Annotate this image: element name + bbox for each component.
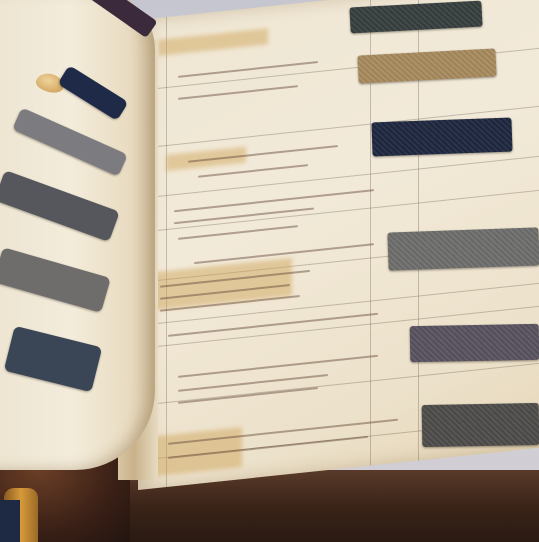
age-stain bbox=[158, 28, 268, 56]
navy-swatch bbox=[371, 118, 512, 157]
charcoal-swatch bbox=[422, 403, 539, 447]
handwritten-entry bbox=[174, 189, 374, 212]
handwritten-entry bbox=[178, 61, 318, 78]
photo-scene: Historic fabric sample ledger with wool … bbox=[0, 0, 539, 542]
margin-rule bbox=[0, 0, 1, 248]
handwritten-entry bbox=[178, 85, 298, 100]
handwritten-entry bbox=[178, 355, 378, 378]
handwritten-entry bbox=[178, 225, 298, 240]
cover-corner bbox=[0, 500, 20, 542]
handwritten-entry bbox=[198, 164, 308, 178]
purple-grey-swatch bbox=[410, 324, 539, 362]
heather-grey-swatch bbox=[387, 227, 539, 270]
